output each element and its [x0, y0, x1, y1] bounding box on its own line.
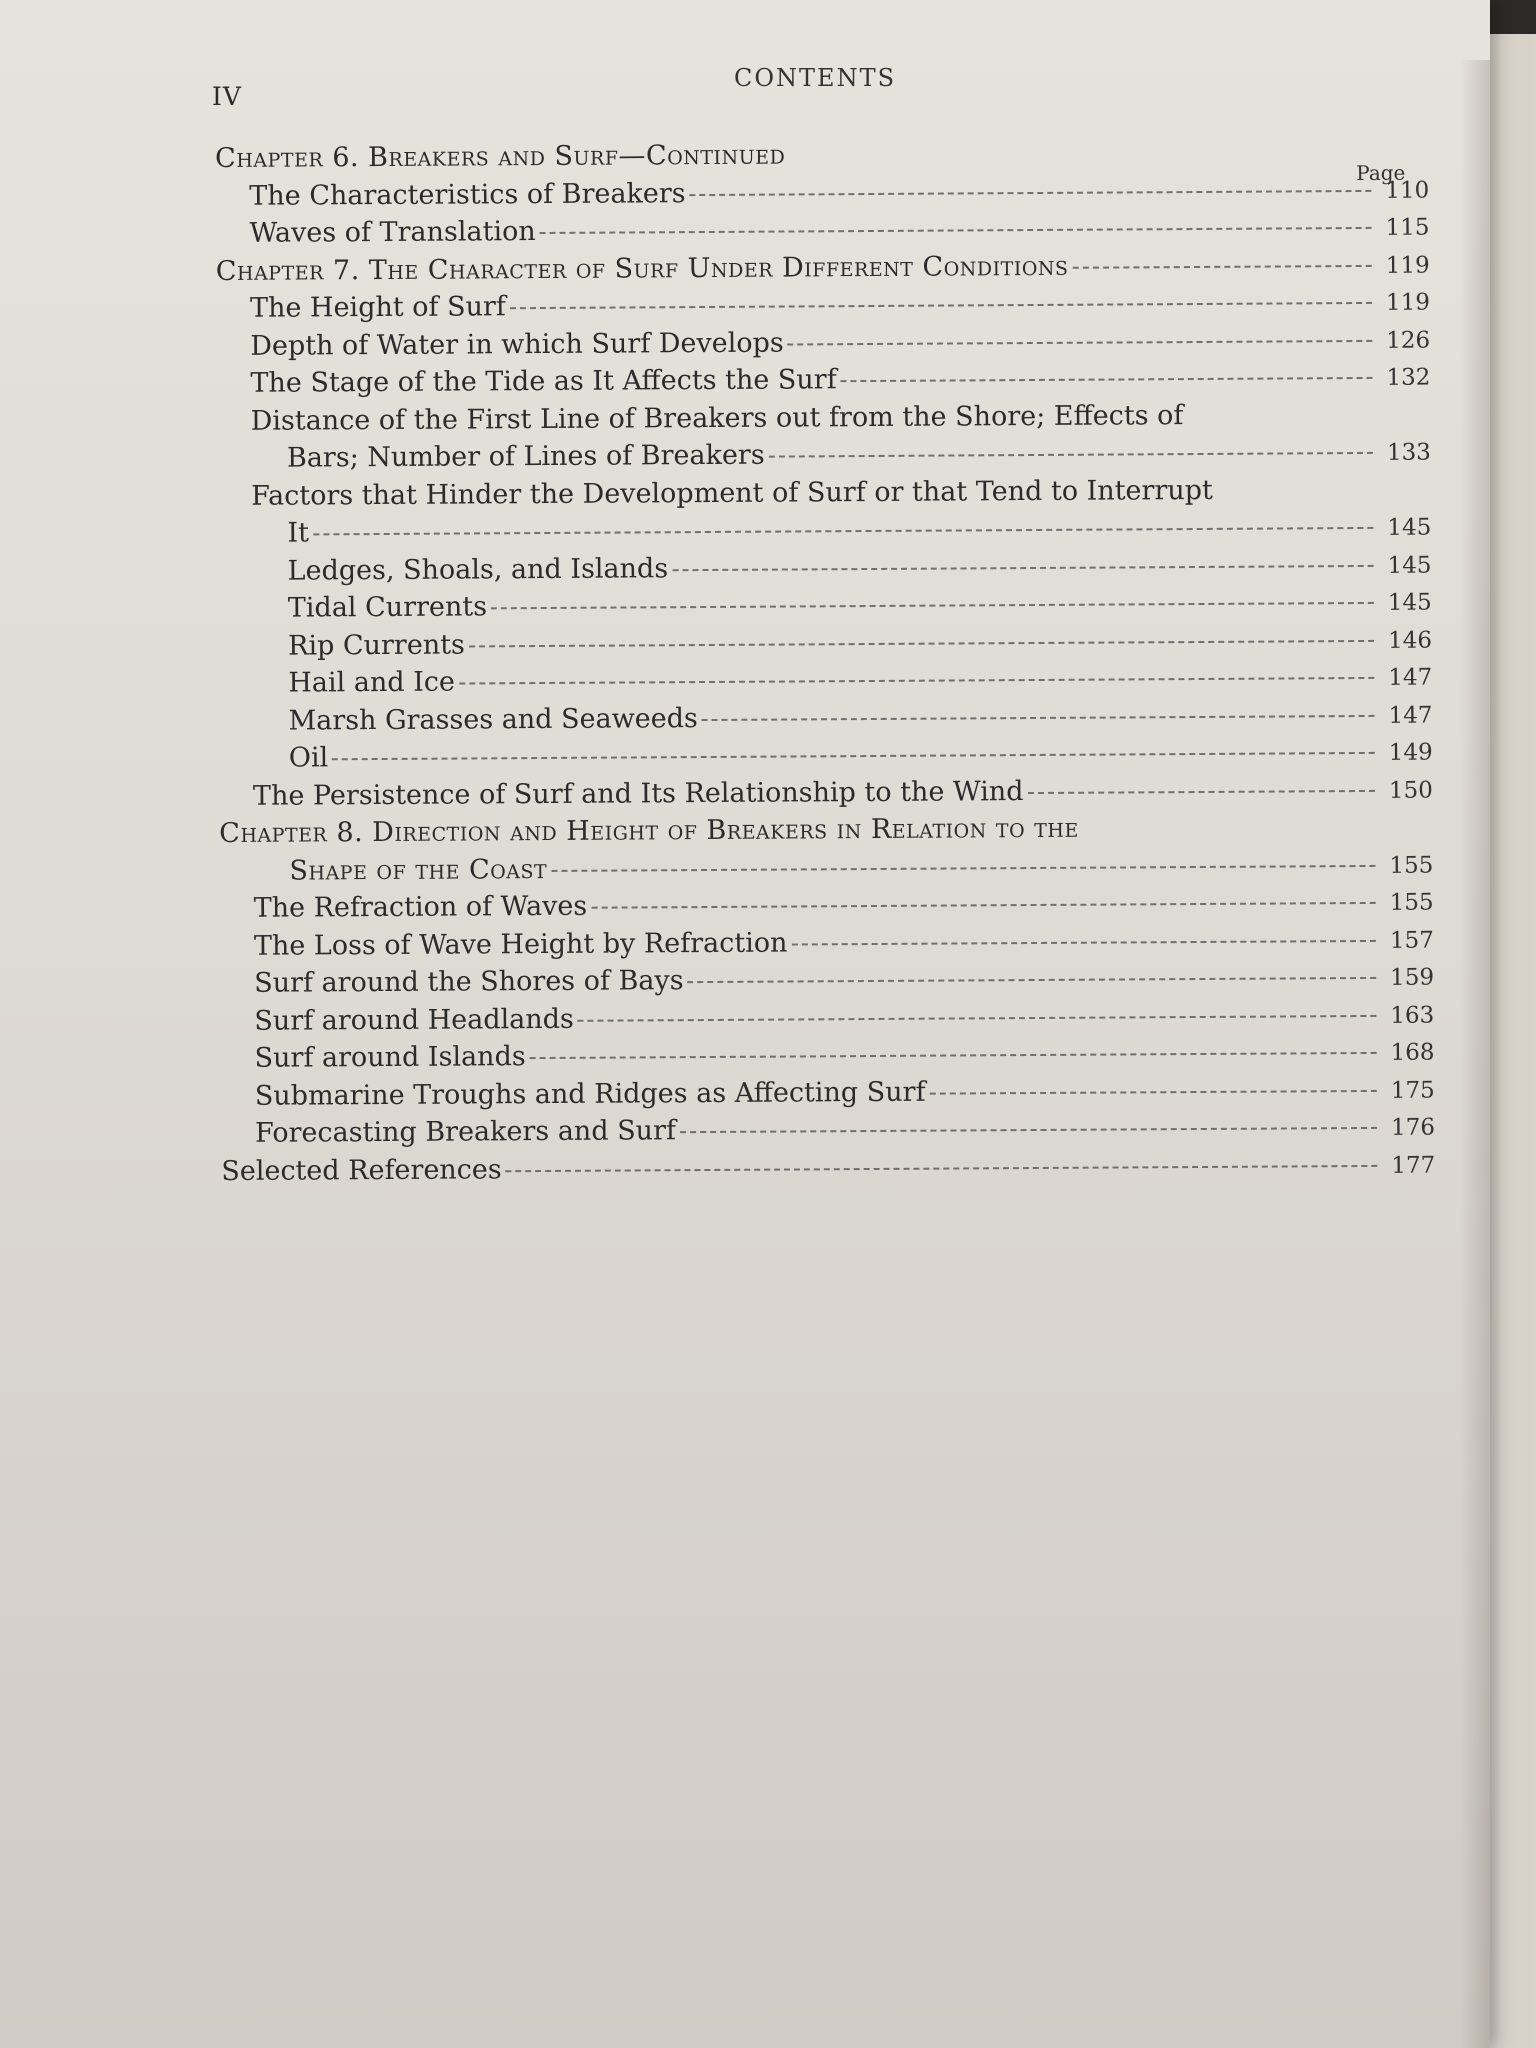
toc-page-number: 132	[1386, 359, 1446, 397]
toc-entry-text: The Height of Surf	[250, 288, 506, 327]
running-head: IV CONTENTS	[212, 62, 1370, 102]
toc-entry-text: Marsh Grasses and Seaweeds	[288, 700, 698, 740]
toc-entry-row: Selected References 177	[221, 1145, 1451, 1190]
table-of-contents: Page Chapter 6. Breakers and Surf—Contin…	[215, 132, 1451, 1189]
toc-entry-text: Chapter 7. The Character of Surf Under D…	[216, 247, 1069, 290]
dot-leader	[540, 227, 1372, 234]
dot-leader	[506, 1164, 1378, 1171]
dot-leader	[930, 1089, 1377, 1094]
toc-page-number: 147	[1388, 697, 1448, 735]
toc-page-number: 159	[1390, 959, 1450, 997]
toc-page-number: 145	[1388, 547, 1448, 585]
toc-entry-text: Submarine Troughs and Ridges as Affectin…	[255, 1073, 926, 1115]
toc-page-number: 157	[1390, 922, 1450, 960]
toc-entry-text: The Stage of the Tide as It Affects the …	[250, 361, 836, 402]
dot-leader	[1028, 789, 1375, 793]
toc-page-number: 133	[1387, 434, 1447, 472]
toc-page-number: 147	[1388, 659, 1448, 697]
toc-entry-text: It	[287, 514, 309, 552]
toc-page-number: 150	[1389, 772, 1449, 810]
running-head-title: CONTENTS	[734, 64, 896, 92]
toc-entry-text: Factors that Hinder the Development of S…	[251, 471, 1213, 514]
dot-leader	[578, 1014, 1377, 1021]
dot-leader	[702, 714, 1375, 720]
toc-page-number: 168	[1390, 1034, 1450, 1072]
dot-leader	[313, 527, 1373, 535]
toc-entry-text: The Loss of Wave Height by Refraction	[254, 924, 788, 965]
toc-page-number: 146	[1388, 622, 1448, 660]
toc-page-number: 115	[1385, 209, 1445, 247]
toc-entry-text: Selected References	[221, 1151, 502, 1190]
dot-leader	[788, 339, 1373, 345]
toc-page-number: 145	[1387, 509, 1447, 547]
dot-leader	[469, 639, 1374, 647]
toc-page-number: 145	[1388, 584, 1448, 622]
toc-page-number: 163	[1390, 997, 1450, 1035]
toc-entry-text: Distance of the First Line of Breakers o…	[251, 397, 1184, 440]
toc-entry-text: Waves of Translation	[249, 213, 535, 252]
dot-leader	[510, 302, 1372, 309]
toc-entry-text: Tidal Currents	[288, 588, 487, 627]
toc-entry-text: Rip Currents	[288, 626, 465, 665]
toc-page-number: 126	[1386, 322, 1446, 360]
toc-entry-text: Surf around Islands	[254, 1038, 525, 1077]
dot-leader	[789, 154, 1371, 158]
dot-leader	[672, 564, 1373, 570]
toc-entry-text: Surf around the Shores of Bays	[254, 962, 684, 1002]
toc-page-number: 119	[1386, 247, 1446, 285]
toc-entry-text: Chapter 8. Direction and Height of Break…	[219, 810, 1079, 853]
page-folio: IV	[212, 82, 242, 111]
toc-page-number: 155	[1390, 884, 1450, 922]
dot-leader	[459, 677, 1374, 685]
toc-entry-text: The Characteristics of Breakers	[249, 175, 685, 215]
dot-leader	[1073, 264, 1372, 268]
toc-entry-text: Hail and Ice	[288, 664, 455, 703]
dot-leader	[491, 602, 1374, 609]
page-gutter-shadow	[1460, 60, 1490, 2048]
dot-leader	[841, 377, 1373, 382]
toc-page-number: 177	[1391, 1147, 1451, 1185]
dot-leader	[591, 902, 1375, 909]
toc-entry-text: Oil	[289, 739, 329, 777]
toc-entry-text: Chapter 6. Breakers and Surf—Continued	[215, 137, 785, 178]
dot-leader	[680, 1127, 1377, 1133]
dot-leader	[791, 939, 1375, 945]
toc-entry-text: Surf around Headlands	[254, 1000, 574, 1039]
dot-leader	[688, 977, 1377, 983]
dot-leader	[332, 752, 1375, 760]
dot-leader	[551, 864, 1375, 871]
toc-page-number: 176	[1391, 1109, 1451, 1147]
toc-entry-text: The Persistence of Surf and Its Relation…	[253, 773, 1024, 815]
toc-page-number: 155	[1389, 847, 1449, 885]
dot-leader	[530, 1052, 1377, 1059]
dot-leader	[690, 189, 1372, 195]
toc-entry-text: Shape of the Coast	[289, 850, 547, 889]
toc-page-number: 110	[1385, 172, 1445, 210]
toc-entry-text: Depth of Water in which Surf Develops	[250, 324, 784, 365]
toc-entry-text: The Refraction of Waves	[254, 888, 588, 928]
toc-page-number: 119	[1386, 284, 1446, 322]
toc-page-number: 175	[1391, 1072, 1451, 1110]
toc-page-number: 149	[1389, 734, 1449, 772]
toc-entry-text: Forecasting Breakers and Surf	[255, 1112, 676, 1152]
dot-leader	[769, 452, 1373, 458]
book-page: IV CONTENTS Page Chapter 6. Breakers and…	[0, 0, 1490, 2048]
toc-entry-text: Ledges, Shoals, and Islands	[288, 550, 669, 590]
toc-entry-text: Bars; Number of Lines of Breakers	[287, 437, 765, 477]
